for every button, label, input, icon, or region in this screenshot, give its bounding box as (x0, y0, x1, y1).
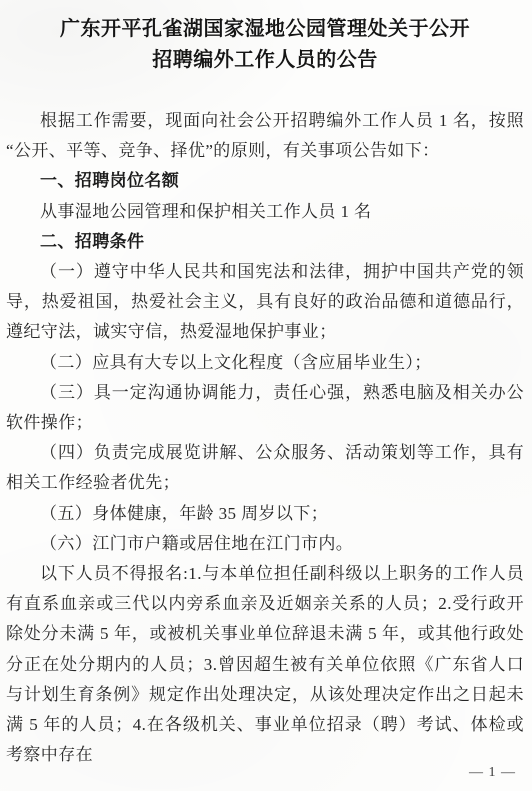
page-number: — 1 — (469, 765, 516, 781)
document-content: 广东开平孔雀湖国家湿地公园管理处关于公开 招聘编外工作人员的公告 根据工作需要，… (6, 0, 524, 770)
scanned-document-page: 广东开平孔雀湖国家湿地公园管理处关于公开 招聘编外工作人员的公告 根据工作需要，… (0, 0, 532, 791)
document-body: 根据工作需要，现面向社会公开招聘编外工作人员 1 名，按照“公开、平等、竞争、择… (6, 106, 524, 770)
condition-3-paragraph: （三）具一定沟通协调能力，责任心强，熟悉电脑及相关办公软件操作； (6, 378, 524, 438)
condition-2-paragraph: （二）应具有大专以上文化程度（含应届毕业生）； (6, 348, 524, 378)
section-1-heading: 一、招聘岗位名额 (6, 166, 524, 196)
condition-5-paragraph: （五）身体健康，年龄 35 周岁以下； (6, 499, 524, 529)
condition-6-paragraph: （六）江门市户籍或居住地在江门市内。 (6, 529, 524, 559)
ineligible-applicants-paragraph: 以下人员不得报名:1.与本单位担任副科级以上职务的工作人员有直系血亲或三代以内旁… (6, 559, 524, 770)
condition-1-paragraph: （一）遵守中华人民共和国宪法和法律，拥护中国共产党的领导，热爱祖国，热爱社会主义… (6, 257, 524, 348)
section-1-paragraph-position: 从事湿地公园管理和保护相关工作人员 1 名 (6, 197, 524, 227)
document-title: 广东开平孔雀湖国家湿地公园管理处关于公开 招聘编外工作人员的公告 (6, 14, 524, 76)
title-line-2: 招聘编外工作人员的公告 (6, 45, 524, 76)
intro-paragraph: 根据工作需要，现面向社会公开招聘编外工作人员 1 名，按照“公开、平等、竞争、择… (6, 106, 524, 166)
section-2-heading: 二、招聘条件 (6, 227, 524, 257)
condition-4-paragraph: （四）负责完成展览讲解、公众服务、活动策划等工作，具有相关工作经验者优先； (6, 438, 524, 498)
title-line-1: 广东开平孔雀湖国家湿地公园管理处关于公开 (6, 14, 524, 45)
